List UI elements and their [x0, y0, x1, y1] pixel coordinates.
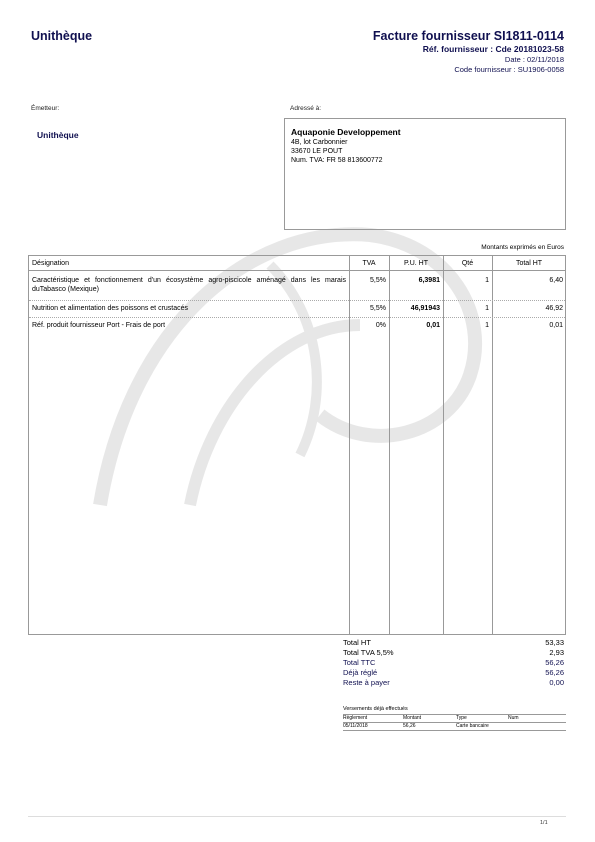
line-tva: 5,5% — [349, 302, 389, 315]
header-total: Total HT — [492, 256, 566, 270]
recipient-name: Aquaponie Developpement — [291, 127, 559, 138]
line-total: 46,92 — [492, 302, 566, 315]
currency-note: Montants exprimés en Euros — [481, 244, 564, 251]
payments-header-cell: Type — [456, 715, 508, 722]
page-number: 1/1 — [540, 820, 548, 826]
emitter-name: Unithèque — [37, 130, 79, 140]
line-quantity: 1 — [443, 302, 492, 315]
row-separator — [29, 317, 565, 318]
line-designation: Caractéristique et fonctionnement d'un é… — [29, 274, 349, 296]
header-quantity: Qté — [443, 256, 492, 270]
line-unit-price: 0,01 — [389, 319, 443, 332]
total-label: Total HT — [343, 638, 371, 648]
line-quantity: 1 — [443, 319, 492, 332]
emitter-label: Émetteur: — [31, 105, 59, 112]
total-label: Total TVA 5,5% — [343, 648, 394, 658]
total-ttc-row: Total TTC56,26 — [343, 658, 564, 668]
line-tva: 0% — [349, 319, 389, 332]
totals-block: Total HT53,33 Total TVA 5,5%2,93 Total T… — [343, 638, 564, 688]
payment-amount: 56,26 — [403, 723, 456, 730]
payments-header: Règlement Montant Type Num — [343, 715, 566, 723]
payments-title: Versements déjà effectués — [343, 706, 408, 712]
payment-row: 05/11/2018 56,26 Carte bancaire — [343, 723, 566, 730]
total-tva-row: Total TVA 5,5%2,93 — [343, 648, 564, 658]
footer-divider — [28, 816, 566, 817]
total-value: 0,00 — [549, 678, 564, 688]
line-total: 6,40 — [492, 274, 566, 287]
invoice-date: Date : 02/11/2018 — [373, 55, 564, 65]
payments-header-cell: Montant — [403, 715, 456, 722]
line-unit-price: 46,91943 — [389, 302, 443, 315]
supplier-reference: Réf. fournisseur : Cde 20181023-58 — [373, 44, 564, 55]
total-ht-row: Total HT53,33 — [343, 638, 564, 648]
total-label: Reste à payer — [343, 678, 390, 688]
recipient-address-line: 4B, lot Carbonnier — [291, 138, 559, 147]
recipient-label: Adressé à: — [290, 105, 321, 112]
recipient-city: 33670 LE POUT — [291, 147, 559, 156]
header-unit-price: P.U. HT — [389, 256, 443, 270]
already-paid-row: Déjà réglé56,26 — [343, 668, 564, 678]
line-designation: Réf. produit fournisseur Port - Frais de… — [29, 319, 349, 332]
line-designation: Nutrition et alimentation des poissons e… — [29, 302, 349, 315]
payments-header-cell: Règlement — [343, 715, 403, 722]
line-quantity: 1 — [443, 274, 492, 287]
total-value: 53,33 — [545, 638, 564, 648]
total-value: 2,93 — [549, 648, 564, 658]
company-name: Unithèque — [31, 29, 92, 43]
total-label: Déjà réglé — [343, 668, 377, 678]
supplier-code: Code fournisseur : SU1906-0058 — [373, 65, 564, 75]
line-unit-price: 6,3981 — [389, 274, 443, 287]
payment-type: Carte bancaire — [456, 723, 508, 730]
remaining-row: Reste à payer0,00 — [343, 678, 564, 688]
invoice-title: Facture fournisseur SI1811-0114 — [373, 29, 564, 44]
header-tva: TVA — [349, 256, 389, 270]
total-value: 56,26 — [545, 668, 564, 678]
recipient-box: Aquaponie Developpement 4B, lot Carbonni… — [284, 118, 566, 230]
header-designation: Désignation — [29, 256, 349, 270]
total-label: Total TTC — [343, 658, 375, 668]
payments-header-cell: Num — [508, 715, 519, 722]
total-value: 56,26 — [545, 658, 564, 668]
payments-table: Règlement Montant Type Num 05/11/2018 56… — [343, 714, 566, 731]
table-header: Désignation TVA P.U. HT Qté Total HT — [29, 256, 565, 271]
invoice-header: Facture fournisseur SI1811-0114 Réf. fou… — [373, 29, 564, 75]
line-tva: 5,5% — [349, 274, 389, 287]
payment-date: 05/11/2018 — [343, 723, 403, 730]
invoice-lines-table: Désignation TVA P.U. HT Qté Total HT Car… — [28, 255, 566, 635]
recipient-vat: Num. TVA: FR 58 813600772 — [291, 156, 559, 165]
row-separator — [29, 300, 565, 301]
line-total: 0,01 — [492, 319, 566, 332]
